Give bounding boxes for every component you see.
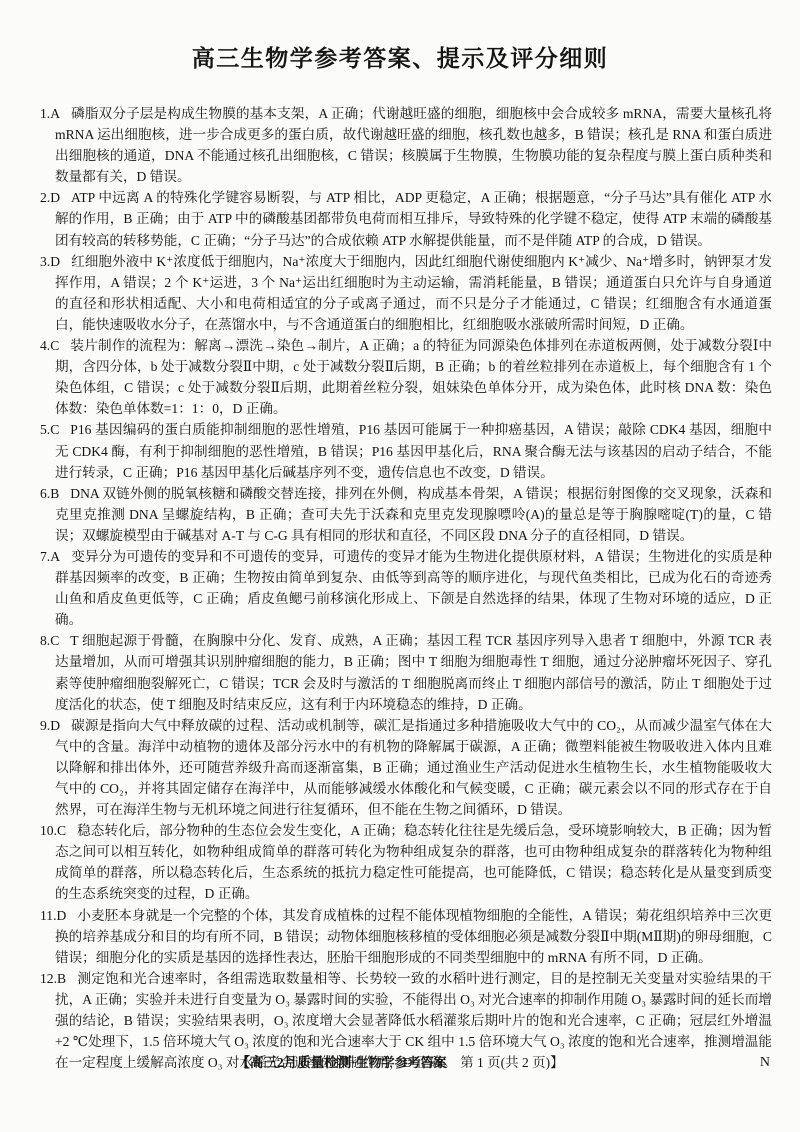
answer-label: 1.A bbox=[40, 106, 60, 121]
page-title: 高三生物学参考答案、提示及评分细则 bbox=[0, 0, 800, 76]
answer-label: 2.D bbox=[40, 190, 60, 205]
answer-item-2: 2.DATP 中远离 A 的特殊化学键容易断裂，与 ATP 相比，ADP 更稳定… bbox=[40, 187, 772, 250]
answer-explanation: P16 基因编码的蛋白质能抑制细胞的恶性增殖，P16 基因可能属于一种抑癌基因，… bbox=[55, 422, 772, 479]
answer-sheet-page: 高三生物学参考答案、提示及评分细则 1.A磷脂双分子层是构成生物膜的基本支架，A… bbox=[0, 0, 800, 1132]
answer-item-6: 6.BDNA 双链外侧的脱氧核糖和磷酸交替连接，排列在外侧，构成基本骨架，A 错… bbox=[40, 483, 772, 546]
answer-explanation: 稳态转化后，部分物种的生态位会发生变化，A 正确；稳态转化往往是先缓后急，受环境… bbox=[55, 823, 772, 901]
answer-label: 8.C bbox=[40, 633, 59, 648]
answer-item-10: 10.C稳态转化后，部分物种的生态位会发生变化，A 正确；稳态转化往往是先缓后急… bbox=[40, 820, 772, 904]
footer-page-info: 第 1 页(共 2 页)】 bbox=[447, 1055, 564, 1070]
answer-item-5: 5.CP16 基因编码的蛋白质能抑制细胞的恶性增殖，P16 基因可能属于一种抑癌… bbox=[40, 419, 772, 482]
answer-item-7: 7.A变异分为可遗传的变异和不可遗传的变异，可遗传的变异才能为生物进化提供原材料… bbox=[40, 546, 772, 630]
answer-item-4: 4.C装片制作的流程为：解离→漂洗→染色→制片，A 正确；a 的特征为同源染色体… bbox=[40, 335, 772, 419]
answer-explanation: 变异分为可遗传的变异和不可遗传的变异，可遗传的变异才能为生物进化提供原材料，A … bbox=[55, 549, 772, 627]
answer-item-3: 3.D红细胞外液中 K⁺浓度低于细胞内，Na⁺浓度大于细胞内，因此红细胞代谢使细… bbox=[40, 251, 772, 335]
page-footer: 【高三2月质量检测·生物学参考答案 第 1 页(共 2 页)】 bbox=[0, 1053, 800, 1074]
answer-explanation: 装片制作的流程为：解离→漂洗→染色→制片，A 正确；a 的特征为同源染色体排列在… bbox=[55, 338, 772, 416]
answer-label: 7.A bbox=[40, 549, 60, 564]
answer-label: 10.C bbox=[40, 823, 66, 838]
answer-label: 11.D bbox=[40, 908, 66, 923]
answer-list: 1.A磷脂双分子层是构成生物膜的基本支架，A 正确；代谢越旺盛的细胞，细胞核中会… bbox=[40, 103, 772, 1073]
answer-item-9: 9.D碳源是指向大气中释放碳的过程、活动或机制等，碳汇是指通过多种措施吸收大气中… bbox=[40, 715, 772, 820]
answer-item-11: 11.D小麦胚本身就是一个完整的个体，其发育成植株的过程不能体现植物细胞的全能性… bbox=[40, 905, 772, 968]
footer-subject: 生物学参考答案 bbox=[356, 1056, 447, 1071]
answer-explanation: ATP 中远离 A 的特殊化学键容易断裂，与 ATP 相比，ADP 更稳定，A … bbox=[55, 190, 772, 247]
answer-label: 3.D bbox=[40, 254, 60, 269]
corner-mark: N bbox=[760, 1053, 770, 1073]
answer-explanation: T 细胞起源于骨髓，在胸腺中分化、发育、成熟，A 正确；基因工程 TCR 基因序… bbox=[55, 633, 772, 711]
answer-explanation: 磷脂双分子层是构成生物膜的基本支架，A 正确；代谢越旺盛的细胞，细胞核中会合成较… bbox=[55, 106, 772, 184]
answer-explanation: DNA 双链外侧的脱氧核糖和磷酸交替连接，排列在外侧，构成基本骨架，A 错误；根… bbox=[55, 486, 772, 543]
answer-explanation: 小麦胚本身就是一个完整的个体，其发育成植株的过程不能体现植物细胞的全能性，A 错… bbox=[55, 908, 772, 965]
answer-label: 4.C bbox=[40, 338, 59, 353]
answer-label: 12.B bbox=[40, 971, 66, 986]
answer-explanation: 红细胞外液中 K⁺浓度低于细胞内，Na⁺浓度大于细胞内，因此红细胞代谢使细胞内 … bbox=[55, 254, 772, 332]
answer-item-8: 8.CT 细胞起源于骨髓，在胸腺中分化、发育、成熟，A 正确；基因工程 TCR … bbox=[40, 630, 772, 714]
answer-label: 6.B bbox=[40, 486, 59, 501]
answer-item-1: 1.A磷脂双分子层是构成生物膜的基本支架，A 正确；代谢越旺盛的细胞，细胞核中会… bbox=[40, 103, 772, 187]
answer-explanation: 碳源是指向大气中释放碳的过程、活动或机制等，碳汇是指通过多种措施吸收大气中的 C… bbox=[55, 718, 772, 817]
answer-label: 5.C bbox=[40, 422, 59, 437]
footer-exam-name: 【高三2月质量检测· bbox=[236, 1055, 355, 1070]
answer-label: 9.D bbox=[40, 718, 60, 733]
